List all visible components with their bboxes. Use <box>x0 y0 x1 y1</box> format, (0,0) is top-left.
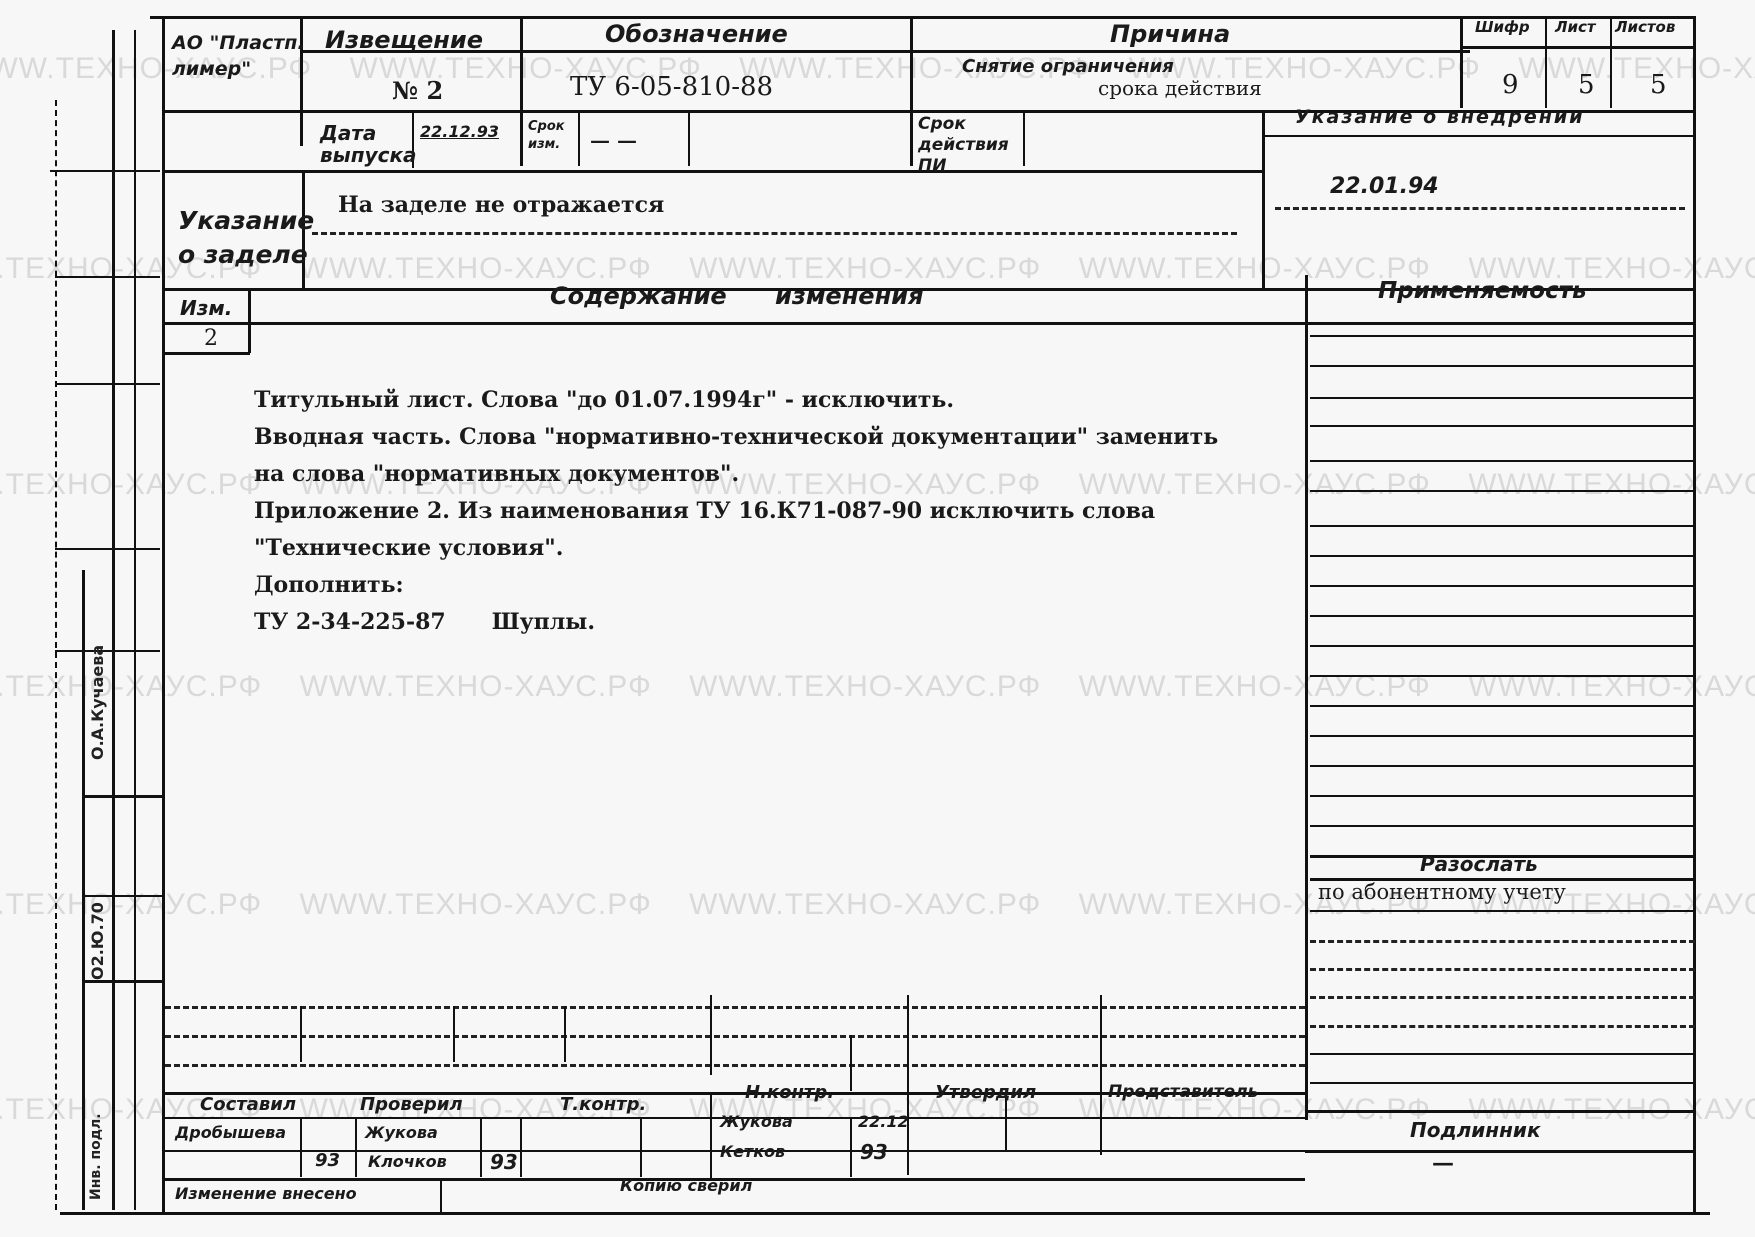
norm-name: Жукова <box>720 1112 793 1131</box>
issue-date-label: Дата выпуска <box>320 122 410 166</box>
right-border <box>1693 16 1696 1212</box>
reason-line-2: срока действия <box>1098 76 1262 100</box>
checked-sign: Клочков <box>368 1152 447 1171</box>
checked-label: Проверил <box>360 1094 463 1115</box>
change-no-value: 2 <box>204 326 218 351</box>
side-signature-2: О2.Ю.70 <box>88 902 107 980</box>
representative-label: Представитель <box>1108 1082 1258 1102</box>
change-content: Титульный лист. Слова "до 01.07.1994г" -… <box>254 382 1218 641</box>
location-value: — <box>1432 1150 1454 1176</box>
backlog-label: Указание о заделе <box>178 204 314 272</box>
change-no-label: Изм. <box>180 296 232 320</box>
organization: АО "Пластп. лимер" <box>172 30 305 82</box>
applicability-label: Применяемость <box>1378 278 1587 304</box>
implementation-value: 22.01.94 <box>1330 174 1439 199</box>
checked-name: Жукова <box>365 1123 438 1142</box>
code-label: Шифр <box>1475 18 1530 36</box>
distribute-label: Разослать <box>1420 852 1538 876</box>
content-line: Вводная часть. Слова "нормативно-техниче… <box>254 419 1218 456</box>
sheet-value: 5 <box>1578 70 1595 100</box>
content-line: ТУ 2-34-225-87 Шуплы. <box>254 604 1218 641</box>
content-line: Дополнить: <box>254 567 1218 604</box>
pi-term-label: Срок действия ПИ <box>918 114 1023 177</box>
reason-label: Причина <box>1110 20 1230 48</box>
issue-date-value: 22.12.93 <box>420 122 499 141</box>
notice-label: Извещение <box>325 26 483 54</box>
sheets-label: Листов <box>1615 18 1675 36</box>
side-signature-1: О.А.Кучаева <box>88 645 107 760</box>
reason-line-1: Снятие ограничения <box>962 56 1174 77</box>
implementation-label: Указание о внедрении <box>1295 106 1584 128</box>
tech-control-label: Т.контр. <box>560 1094 646 1115</box>
notice-number: № 2 <box>392 76 443 105</box>
content-line: на слова "нормативных документов". <box>254 456 1218 493</box>
change-term-value: — — <box>590 128 637 152</box>
approved-date: 93 <box>860 1140 888 1164</box>
compiled-name: Дробышева <box>175 1123 286 1142</box>
distribute-value: по абонентному учету <box>1318 880 1566 904</box>
content-label: Содержание изменения <box>550 282 923 310</box>
code-value: 9 <box>1502 70 1519 100</box>
designation-value: ТУ 6-05-810-88 <box>570 72 773 102</box>
norm-control-label: Н.контр. <box>745 1082 834 1103</box>
backlog-value: На заделе не отражается <box>338 192 664 218</box>
top-border <box>150 16 1695 19</box>
designation-label: Обозначение <box>605 20 788 48</box>
content-line: "Технические условия". <box>254 530 1218 567</box>
sheet-label: Лист <box>1555 18 1596 36</box>
copy-label: Копию сверил <box>620 1176 752 1195</box>
approved-name: Кетков <box>720 1142 785 1161</box>
compiled-date: 93 <box>315 1150 340 1171</box>
sheets-value: 5 <box>1650 70 1667 100</box>
left-border <box>162 16 165 1212</box>
compiled-label: Составил <box>200 1094 296 1115</box>
content-line: Приложение 2. Из наименования ТУ 16.К71-… <box>254 493 1218 530</box>
norm-date: 22.12 <box>858 1112 909 1131</box>
content-line: Титульный лист. Слова "до 01.07.1994г" -… <box>254 382 1218 419</box>
handed-label: Изменение внесено <box>175 1184 357 1203</box>
bottom-border <box>60 1212 1710 1215</box>
side-inventory-label: Инв. подл. <box>88 1113 104 1200</box>
location-label: Подлинник <box>1410 1118 1541 1142</box>
checked-date: 93 <box>490 1150 518 1174</box>
approved-label: Утвердил <box>935 1082 1036 1103</box>
change-term-label: Срок изм. <box>528 118 573 154</box>
